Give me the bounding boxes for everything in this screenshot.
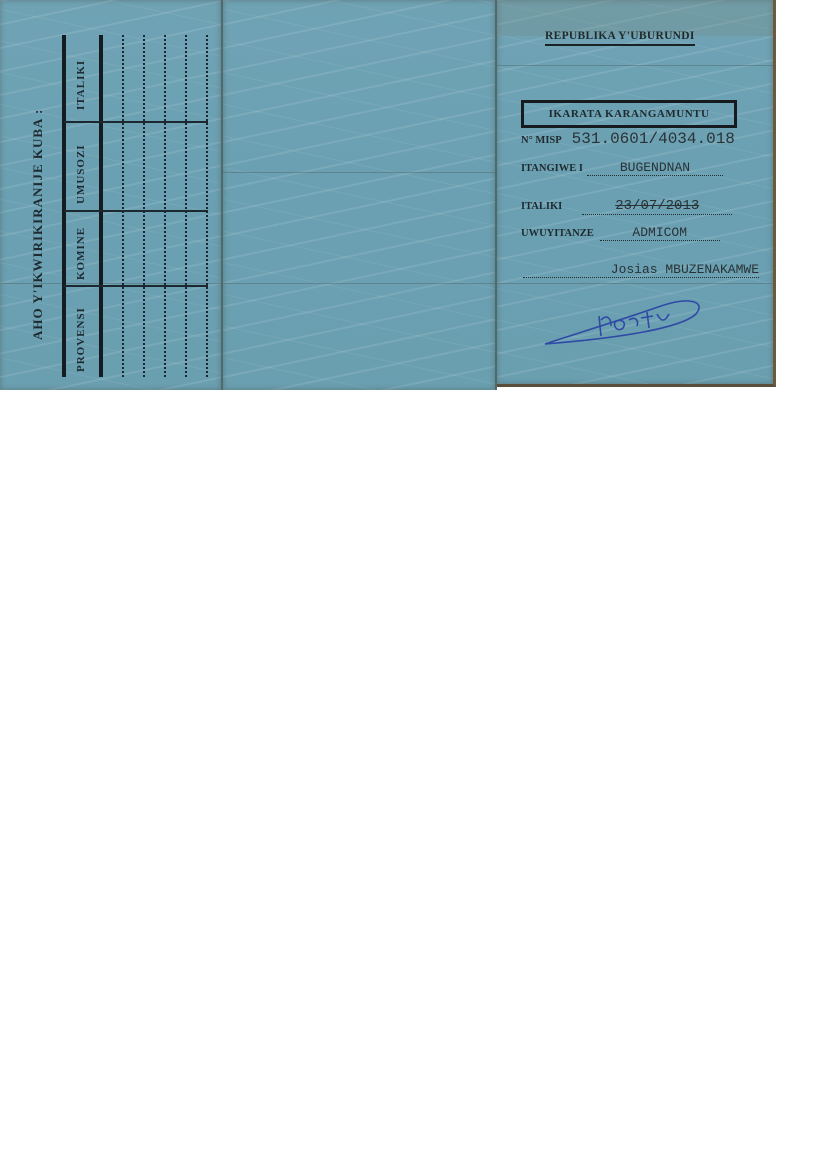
field-value: 531.0601/4034.018 <box>572 130 735 148</box>
left-panel: AHO Y'IKWIRIKIRANIJE KUBA : PROVENSI KOM… <box>0 0 223 390</box>
table-border-left <box>62 35 66 377</box>
column-divider <box>64 210 208 212</box>
field-value: BUGENDNAN <box>587 160 723 176</box>
identity-card: AHO Y'IKWIRIKIRANIJE KUBA : PROVENSI KOM… <box>0 0 776 392</box>
table-row-line <box>122 35 124 377</box>
field-value: 23/07/2013 <box>582 198 732 215</box>
column-divider <box>64 121 208 123</box>
column-header-umusozi: UMUSOZI <box>75 144 87 204</box>
republic-header: REPUBLIKA Y'UBURUNDI <box>545 30 695 46</box>
column-divider <box>64 285 208 287</box>
signature-icon <box>541 292 711 352</box>
field-misp: N° MISP 531.0601/4034.018 <box>521 130 735 148</box>
table-row-line <box>206 35 208 377</box>
column-header-italiki: ITALIKI <box>75 60 87 110</box>
right-panel: REPUBLIKA Y'UBURUNDI IKARATA KARANGAMUNT… <box>497 0 776 387</box>
card-title: IKARATA KARANGAMUNTU <box>549 108 710 120</box>
table-row-line <box>185 35 187 377</box>
field-label: ITANGIWE I <box>521 163 583 174</box>
middle-panel-blank <box>223 0 497 390</box>
column-header-provensi: PROVENSI <box>75 307 87 372</box>
field-label: N° MISP <box>521 135 562 146</box>
field-itangiwe: ITANGIWE I BUGENDNAN <box>521 160 723 176</box>
field-italiki: ITALIKI 23/07/2013 <box>521 198 732 215</box>
field-uwuyitanze: UWUYITANZE ADMICOM <box>521 225 720 241</box>
card-title-box: IKARATA KARANGAMUNTU <box>521 100 737 128</box>
field-value: ADMICOM <box>600 225 720 241</box>
table-row-line <box>143 35 145 377</box>
column-header-komine: KOMINE <box>75 227 87 280</box>
table-row-line <box>164 35 166 377</box>
field-label: ITALIKI <box>521 201 562 212</box>
field-label: UWUYITANZE <box>521 228 594 239</box>
left-panel-heading: AHO Y'IKWIRIKIRANIJE KUBA : <box>30 109 46 340</box>
issuer-name: Josias MBUZENAKAMWE <box>523 262 759 278</box>
table-border-inner <box>99 35 103 377</box>
